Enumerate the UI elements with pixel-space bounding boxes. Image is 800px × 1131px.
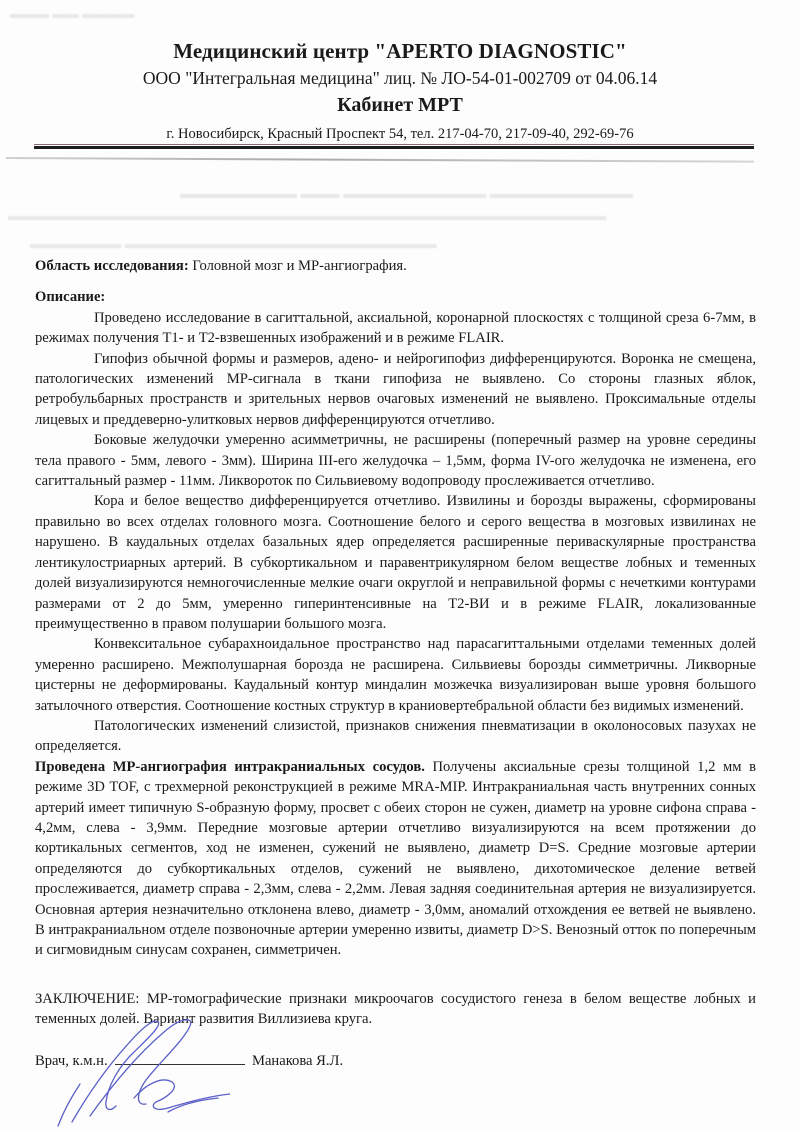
bleed-through-text: ▬▬▬ ▬▬ ▬▬▬▬	[10, 6, 134, 21]
letterhead: Медицинский центр "APERTO DIAGNOSTIC" ОО…	[0, 38, 800, 144]
doctor-name: Манакова Я.Л.	[252, 1053, 343, 1069]
study-area-label: Область исследования:	[35, 258, 189, 274]
signature-line	[115, 1050, 245, 1065]
header-divider-thin	[34, 144, 754, 145]
bleed-through-text: ▬▬▬▬▬▬▬▬▬▬▬▬▬▬▬▬▬▬▬▬▬▬▬▬▬▬▬▬▬▬▬▬▬▬▬▬▬▬▬▬…	[8, 208, 606, 223]
clinic-title: Медицинский центр "APERTO DIAGNOSTIC"	[0, 38, 800, 64]
conclusion: ЗАКЛЮЧЕНИЕ: МР-томографические признаки …	[35, 989, 756, 1030]
organization-license: ООО "Интегральная медицина" лиц. № ЛО-54…	[0, 66, 800, 90]
clinic-address: г. Новосибирск, Красный Проспект 54, тел…	[0, 124, 800, 144]
description-paragraph: Патологических изменений слизистой, приз…	[35, 716, 756, 757]
scan-edge-line	[6, 157, 754, 163]
angiography-paragraph: Проведена МР-ангиография интракраниальны…	[35, 757, 756, 961]
description-heading: Описание:	[35, 287, 756, 307]
conclusion-text: ЗАКЛЮЧЕНИЕ: МР-томографические признаки …	[35, 989, 756, 1030]
description-paragraph: Проведено исследование в сагиттальной, а…	[35, 308, 756, 349]
study-area-row: Область исследования: Головной мозг и МР…	[35, 256, 756, 276]
doctor-role: Врач, к.м.н.	[35, 1053, 108, 1069]
scanned-report-page: ▬▬▬ ▬▬ ▬▬▬▬ ▬▬▬▬▬▬▬▬▬ ▬▬▬ ▬▬▬▬▬▬▬▬▬▬▬ ▬▬…	[0, 0, 800, 1131]
bleed-through-text: ▬▬▬▬▬▬▬▬▬ ▬▬▬ ▬▬▬▬▬▬▬▬▬▬▬ ▬▬▬▬▬▬▬▬▬▬▬	[180, 186, 633, 201]
angiography-heading: Проведена МР-ангиография интракраниальны…	[35, 759, 425, 775]
header-divider-thick	[34, 146, 754, 149]
department-title: Кабинет МРТ	[0, 92, 800, 118]
study-area-value: Головной мозг и МР-ангиография.	[192, 258, 406, 274]
description-paragraph: Конвекситальное субарахноидальное простр…	[35, 634, 756, 716]
description-paragraph: Боковые желудочки умеренно асимметричны,…	[35, 430, 756, 491]
bleed-through-text: ▬▬▬▬▬▬▬ ▬▬▬▬▬▬▬▬▬▬▬▬▬▬▬▬▬▬▬▬▬▬▬▬	[30, 236, 437, 251]
signature-row: Врач, к.м.н. Манакова Я.Л.	[35, 1050, 343, 1071]
description-paragraph: Кора и белое вещество дифференцируется о…	[35, 491, 756, 634]
angiography-text: Получены аксиальные срезы толщиной 1,2 м…	[35, 759, 756, 959]
report-body: Область исследования: Головной мозг и МР…	[35, 256, 756, 961]
description-paragraph: Гипофиз обычной формы и размеров, адено-…	[35, 349, 756, 431]
